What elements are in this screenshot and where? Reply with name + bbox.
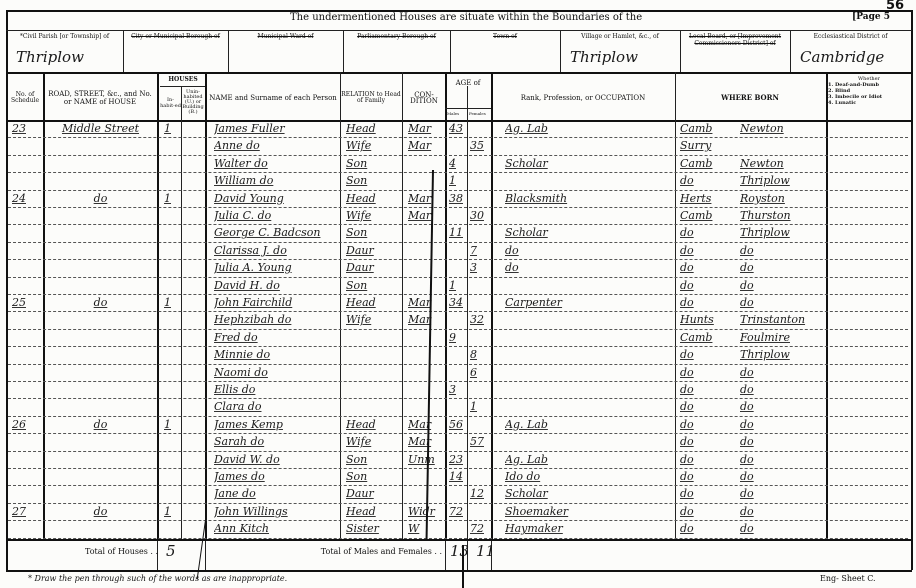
born-county: Camb (680, 328, 730, 347)
totals-column-line (205, 539, 206, 570)
totals-column-line (445, 539, 446, 570)
born-place: do (740, 484, 824, 503)
born-place: do (740, 276, 824, 295)
schedule-number: 24 (12, 189, 42, 208)
boundary-label: Town of (452, 33, 558, 40)
born-county: do (680, 258, 730, 277)
occupation: do (505, 241, 670, 260)
relation: Daur (346, 484, 400, 503)
boundary-value: Thriplow (570, 48, 638, 66)
occupation: Scholar (505, 484, 670, 503)
boundary-label: City or Municipal Borough of (125, 33, 226, 40)
header-condition: CON-DITION (403, 76, 445, 120)
occupation: Ido do (505, 467, 670, 486)
relation: Wife (346, 310, 400, 329)
female-age: 6 (470, 363, 490, 382)
male-age: 14 (449, 467, 466, 486)
occupation: Scholar (505, 223, 670, 242)
condition: Mar (408, 293, 444, 312)
relation: Head (346, 119, 400, 138)
title-divider (6, 30, 912, 31)
relation: Head (346, 415, 400, 434)
born-county: do (680, 415, 730, 434)
female-age: 12 (470, 484, 490, 503)
person-name: Hephzibah do (214, 310, 338, 329)
condition: Mar (408, 136, 444, 155)
born-county: do (680, 450, 730, 469)
person-name: Ellis do (214, 380, 338, 399)
born-county: do (680, 223, 730, 242)
relation: Head (346, 502, 400, 521)
occupation: Haymaker (505, 519, 670, 538)
born-county: do (680, 345, 730, 364)
condition: Mar (408, 310, 444, 329)
relation: Wife (346, 432, 400, 451)
born-place: do (740, 380, 824, 399)
infirmity-item: 4. Lunatic (828, 100, 910, 106)
born-county: do (680, 241, 730, 260)
born-place: Thriplow (740, 223, 824, 242)
header-females: Females (469, 111, 486, 117)
born-place: do (740, 432, 824, 451)
occupation: Ag. Lab (505, 450, 670, 469)
male-age: 72 (449, 502, 466, 521)
born-county: do (680, 502, 730, 521)
road-name: Middle Street (48, 119, 153, 138)
schedule-number: 27 (12, 502, 42, 521)
table-row: Ann KitchSisterW72Haymakerdodo (0, 521, 916, 538)
person-name: David Young (214, 189, 338, 208)
schedule-number: 25 (12, 293, 42, 312)
female-age: 7 (470, 241, 490, 260)
person-name: Fred do (214, 328, 338, 347)
occupation: Ag. Lab (505, 119, 670, 138)
total-houses-label: Total of Houses . . (74, 547, 158, 556)
person-name: James do (214, 467, 338, 486)
born-county: Herts (680, 189, 730, 208)
born-place: do (740, 415, 824, 434)
occupation: do (505, 258, 670, 277)
born-county: do (680, 432, 730, 451)
born-place: do (740, 467, 824, 486)
table-row: 23Middle Street1James FullerHeadMar43Ag.… (0, 121, 916, 138)
schedule-number: 26 (12, 415, 42, 434)
male-age: 4 (449, 154, 466, 173)
person-name: Clara do (214, 397, 338, 416)
born-county: Hunts (680, 310, 730, 329)
born-place: Royston (740, 189, 824, 208)
occupation: Carpenter (505, 293, 670, 312)
born-county: Camb (680, 206, 730, 225)
boundary-label: Parliamentary Borough of (345, 33, 448, 40)
relation: Wife (346, 136, 400, 155)
houses-subheader-line (160, 86, 205, 87)
header-road: ROAD, STREET, &c., and No. or NAME of HO… (44, 76, 156, 120)
boundary-label: Local Board, or [Improvement Commissione… (682, 33, 788, 47)
person-name: James Fuller (214, 119, 338, 138)
male-age: 23 (449, 450, 466, 469)
born-place: Thurston (740, 206, 824, 225)
born-county: do (680, 363, 730, 382)
male-age: 1 (449, 171, 466, 190)
born-place: do (740, 293, 824, 312)
boundary-value: Cambridge (800, 48, 884, 66)
male-age: 11 (449, 223, 466, 242)
boundary-label: Municipal Ward of (230, 33, 341, 40)
born-county: do (680, 467, 730, 486)
female-age: 8 (470, 345, 490, 364)
inhabited-count: 1 (164, 502, 180, 521)
boundary-divider (450, 30, 451, 72)
relation: Daur (346, 241, 400, 260)
female-age: 30 (470, 206, 490, 225)
person-name: Clarissa J. do (214, 241, 338, 260)
person-name: Jane do (214, 484, 338, 503)
inhabited-count: 1 (164, 293, 180, 312)
inhabited-count: 1 (164, 119, 180, 138)
page-title: The undermentioned Houses are situate wi… (290, 12, 642, 23)
born-place: Foulmire (740, 328, 824, 347)
born-place: Newton (740, 119, 824, 138)
person-name: Walter do (214, 154, 338, 173)
condition: Mar (408, 189, 444, 208)
relation: Wife (346, 206, 400, 225)
folio-number: 56 (886, 0, 904, 13)
frame-bottom (6, 570, 912, 572)
boundary-divider (790, 30, 791, 72)
born-place: do (740, 502, 824, 521)
born-county: Surry (680, 136, 730, 155)
person-name: Anne do (214, 136, 338, 155)
born-county: do (680, 380, 730, 399)
born-place: Thriplow (740, 345, 824, 364)
born-place: do (740, 258, 824, 277)
inhabited-count: 1 (164, 189, 180, 208)
born-county: do (680, 171, 730, 190)
boundary-divider (228, 30, 229, 72)
age-subheader-line (445, 108, 491, 109)
inhabited-count: 1 (164, 415, 180, 434)
census-page: The undermentioned Houses are situate wi… (0, 0, 916, 588)
relation: Sister (346, 519, 400, 538)
born-county: Camb (680, 154, 730, 173)
person-name: Ann Kitch (214, 519, 338, 538)
female-age: 3 (470, 258, 490, 277)
person-name: James Kemp (214, 415, 338, 434)
header-uninhabited: Unin-habited (U.) or Building (B.) (182, 85, 204, 119)
female-age: 72 (470, 519, 490, 538)
female-age: 57 (470, 432, 490, 451)
header-relation: RELATION to Head of Family (340, 76, 402, 120)
sheet-label: Eng- Sheet C. (820, 574, 876, 583)
relation: Head (346, 293, 400, 312)
header-schedule: No. of Schedule (7, 76, 43, 120)
boundaries-divider (6, 72, 912, 74)
born-place: do (740, 450, 824, 469)
born-county: do (680, 397, 730, 416)
header-males: Males (447, 111, 459, 117)
person-name: George C. Badcson (214, 223, 338, 242)
total-females-value: 11 (476, 542, 495, 560)
born-place: Thriplow (740, 171, 824, 190)
born-county: do (680, 293, 730, 312)
relation: Son (346, 450, 400, 469)
relation: Son (346, 467, 400, 486)
occupation: Scholar (505, 154, 670, 173)
born-place: do (740, 363, 824, 382)
male-age: 9 (449, 328, 466, 347)
female-age: 35 (470, 136, 490, 155)
infirmity-list: 1. Deaf-and-Dumb2. Blind3. Imbecile or I… (828, 82, 910, 106)
occupation: Shoemaker (505, 502, 670, 521)
person-name: William do (214, 171, 338, 190)
total-persons-label: Total of Males and Females . . (210, 547, 442, 556)
person-name: Julia C. do (214, 206, 338, 225)
born-place: Newton (740, 154, 824, 173)
person-name: Julia A. Young (214, 258, 338, 277)
person-name: John Willings (214, 502, 338, 521)
schedule-number: 23 (12, 119, 42, 138)
born-place: Trinstanton (740, 310, 824, 329)
person-name: Naomi do (214, 363, 338, 382)
relation: Head (346, 189, 400, 208)
boundary-divider (123, 30, 124, 72)
person-name: David W. do (214, 450, 338, 469)
person-name: David H. do (214, 276, 338, 295)
condition: Mar (408, 432, 444, 451)
male-age: 38 (449, 189, 466, 208)
header-inhabited: In-habit-ed (160, 88, 181, 118)
header-age: AGE of (446, 80, 490, 86)
header-infirmity: Whether 1. Deaf-and-Dumb2. Blind3. Imbec… (828, 76, 910, 106)
born-county: do (680, 484, 730, 503)
totals-divider (6, 539, 912, 541)
born-county: do (680, 519, 730, 538)
relation: Son (346, 276, 400, 295)
total-houses-value: 5 (166, 542, 176, 560)
road-name: do (48, 189, 153, 208)
born-county: Camb (680, 119, 730, 138)
male-age: 3 (449, 380, 466, 399)
occupation: Blacksmith (505, 189, 670, 208)
boundary-divider (560, 30, 561, 72)
relation: Daur (346, 258, 400, 277)
person-name: Minnie do (214, 345, 338, 364)
relation: Son (346, 171, 400, 190)
condition: Mar (408, 206, 444, 225)
female-age: 1 (470, 397, 490, 416)
page-number: [Page 5 (852, 12, 890, 22)
person-name: Sarah do (214, 432, 338, 451)
person-name: John Fairchild (214, 293, 338, 312)
relation: Son (346, 223, 400, 242)
total-tally-stroke (462, 545, 464, 588)
male-age: 34 (449, 293, 466, 312)
born-place: do (740, 241, 824, 260)
boundary-label: *Civil Parish [or Township] of (8, 33, 121, 40)
header-name: NAME and Surname of each Person (206, 76, 340, 120)
relation: Son (346, 154, 400, 173)
header-occupation: Rank, Profession, or OCCUPATION (492, 76, 674, 120)
boundary-divider (343, 30, 344, 72)
male-age: 43 (449, 119, 466, 138)
male-age: 56 (449, 415, 466, 434)
occupation: Ag. Lab (505, 415, 670, 434)
road-name: do (48, 502, 153, 521)
condition: Mar (408, 119, 444, 138)
condition: Mar (408, 415, 444, 434)
total-males-value: 13 (450, 542, 469, 560)
header-houses: HOUSES (160, 77, 206, 83)
road-name: do (48, 293, 153, 312)
boundary-value: Thriplow (16, 48, 84, 66)
male-age: 1 (449, 276, 466, 295)
boundary-label: Ecclesiastical District of (792, 33, 909, 40)
born-place: do (740, 397, 824, 416)
female-age: 32 (470, 310, 490, 329)
road-name: do (48, 415, 153, 434)
born-county: do (680, 276, 730, 295)
boundary-label: Village or Hamlet, &c., of (562, 33, 678, 40)
footer-note: * Draw the pen through such of the words… (28, 574, 287, 583)
boundary-divider (680, 30, 681, 72)
header-where-born: WHERE BORN (675, 76, 825, 120)
born-place: do (740, 519, 824, 538)
